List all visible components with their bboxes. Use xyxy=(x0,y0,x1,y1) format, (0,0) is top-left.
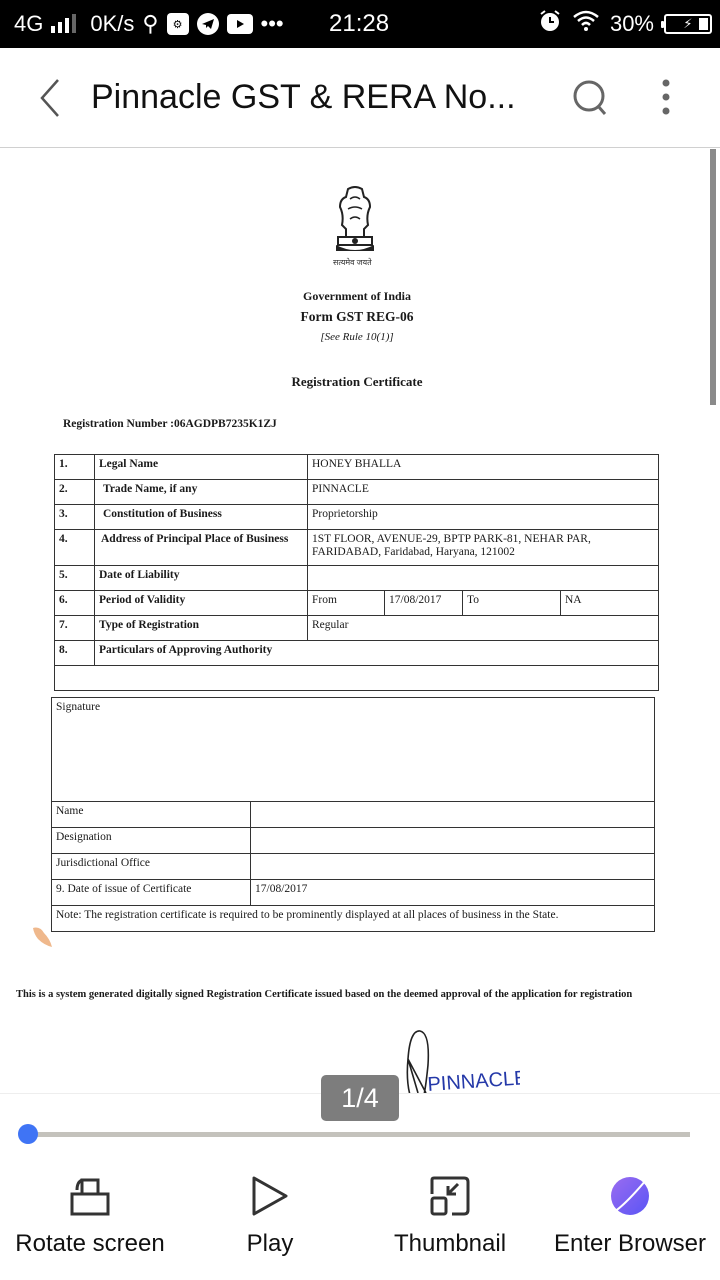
thumbnail-label: Thumbnail xyxy=(394,1230,506,1258)
row-number: 7. xyxy=(55,616,95,641)
validity-to-label: To xyxy=(463,591,561,616)
table-row: Jurisdictional Office xyxy=(52,854,655,880)
table-row: Designation xyxy=(52,828,655,854)
more-options-button[interactable] xyxy=(652,78,680,118)
designation-value xyxy=(251,828,655,854)
validity-from-label: From xyxy=(308,591,385,616)
row-number: 2. xyxy=(55,480,95,505)
signature-label: Signature xyxy=(52,698,655,802)
row-value xyxy=(308,566,659,591)
app-bar: Pinnacle GST & RERA No... xyxy=(0,48,720,148)
clock: 21:28 xyxy=(329,0,389,48)
more-notifications-icon: ••• xyxy=(261,11,284,37)
row-value: HONEY BHALLA xyxy=(308,455,659,480)
rotate-screen-label: Rotate screen xyxy=(15,1230,164,1258)
issue-date-value: 17/08/2017 xyxy=(251,880,655,906)
row-number: 1. xyxy=(55,455,95,480)
header-form-name: Form GST REG-06 xyxy=(0,309,714,325)
row-label: Address of Principal Place of Business xyxy=(95,530,308,566)
table-row: 4. Address of Principal Place of Busines… xyxy=(55,530,659,566)
table-row: 3. Constitution of Business Proprietorsh… xyxy=(55,505,659,530)
row-label: Particulars of Approving Authority xyxy=(95,641,659,666)
play-button[interactable]: Play xyxy=(180,1174,360,1274)
row-value: Regular xyxy=(308,616,659,641)
thumbnail-icon xyxy=(428,1174,472,1218)
emblem-motto: सत्यमेव जयते xyxy=(333,257,372,268)
approving-authority-blank xyxy=(55,666,659,691)
document-scrollbar[interactable] xyxy=(710,149,716,405)
thumbnail-button[interactable]: Thumbnail xyxy=(360,1174,540,1274)
usb-debug-icon: ⚙ xyxy=(167,13,189,35)
table-row: 1. Legal Name HONEY BHALLA xyxy=(55,455,659,480)
enter-browser-button[interactable]: Enter Browser xyxy=(540,1174,720,1274)
row-label: Type of Registration xyxy=(95,616,308,641)
page-indicator: 1/4 xyxy=(321,1075,399,1121)
table-row: Name xyxy=(52,802,655,828)
wifi-icon xyxy=(572,10,600,38)
stamp-mark-icon xyxy=(30,925,54,951)
row-label: Date of Liability xyxy=(95,566,308,591)
display-note: Note: The registration certificate is re… xyxy=(52,906,655,932)
validity-to-value: NA xyxy=(561,591,659,616)
signal-icon xyxy=(51,15,76,33)
browser-planet-icon xyxy=(608,1174,652,1218)
battery-level: 30% xyxy=(610,11,654,37)
more-vertical-icon xyxy=(652,78,680,118)
alarm-icon xyxy=(538,9,562,39)
table-row: 2. Trade Name, if any PINNACLE xyxy=(55,480,659,505)
table-row: 9. Date of issue of Certificate 17/08/20… xyxy=(52,880,655,906)
name-label: Name xyxy=(52,802,251,828)
system-generated-note: This is a system generated digitally sig… xyxy=(16,987,656,1003)
row-number: 8. xyxy=(55,641,95,666)
page-slider-thumb[interactable] xyxy=(18,1124,38,1144)
rotate-screen-button[interactable]: Rotate screen xyxy=(0,1174,180,1274)
back-button[interactable] xyxy=(30,76,70,120)
network-speed: 0K/s xyxy=(90,11,134,37)
issue-date-label: 9. Date of issue of Certificate xyxy=(52,880,251,906)
network-type: 4G xyxy=(14,11,43,37)
enter-browser-label: Enter Browser xyxy=(554,1230,706,1258)
svg-text:PINNACLE: PINNACLE xyxy=(427,1067,520,1093)
table-row: Note: The registration certificate is re… xyxy=(52,906,655,932)
table-row: 7. Type of Registration Regular xyxy=(55,616,659,641)
header-rule: [See Rule 10(1)] xyxy=(0,331,714,343)
status-bar: 4G 0K/s ⚲ ⚙ ••• 21:28 30% ⚡ xyxy=(0,0,720,48)
row-label: Period of Validity xyxy=(95,591,308,616)
document-viewer[interactable]: सत्यमेव जयते Government of India Form GS… xyxy=(0,149,720,1093)
rotate-screen-icon xyxy=(68,1174,112,1218)
table-row: 5. Date of Liability xyxy=(55,566,659,591)
row-label: Legal Name xyxy=(95,455,308,480)
header-government: Government of India xyxy=(0,289,714,304)
usb-icon: ⚲ xyxy=(142,11,158,37)
national-emblem-icon xyxy=(330,185,380,259)
row-number: 4. xyxy=(55,530,95,566)
play-label: Play xyxy=(247,1230,294,1258)
row-number: 6. xyxy=(55,591,95,616)
table-row xyxy=(55,666,659,691)
row-label: Trade Name, if any xyxy=(95,480,308,505)
row-value: Proprietorship xyxy=(308,505,659,530)
row-number: 5. xyxy=(55,566,95,591)
table-row: 8. Particulars of Approving Authority xyxy=(55,641,659,666)
row-value: 1ST FLOOR, AVENUE-29, BPTP PARK-81, NEHA… xyxy=(308,530,659,566)
certificate-details-table: 1. Legal Name HONEY BHALLA 2. Trade Name… xyxy=(54,454,659,691)
telegram-icon xyxy=(197,13,219,35)
authority-table: Signature Name Designation Jurisdictiona… xyxy=(51,697,655,932)
name-value xyxy=(251,802,655,828)
search-icon xyxy=(570,78,610,118)
certificate-title: Registration Certificate xyxy=(0,374,714,390)
row-number: 3. xyxy=(55,505,95,530)
row-label: Constitution of Business xyxy=(95,505,308,530)
youtube-icon xyxy=(227,14,253,34)
chevron-left-icon xyxy=(30,76,70,120)
signature-image: PINNACLE xyxy=(380,1025,520,1093)
row-value: PINNACLE xyxy=(308,480,659,505)
page-slider-track[interactable] xyxy=(28,1132,690,1137)
search-button[interactable] xyxy=(570,78,610,118)
table-row: 6. Period of Validity From 17/08/2017 To… xyxy=(55,591,659,616)
validity-from-value: 17/08/2017 xyxy=(385,591,463,616)
document-title: Pinnacle GST & RERA No... xyxy=(91,78,516,117)
registration-number: Registration Number :06AGDPB7235K1ZJ xyxy=(63,418,277,430)
office-value xyxy=(251,854,655,880)
battery-charging-icon: ⚡ xyxy=(664,14,712,34)
table-row: Signature xyxy=(52,698,655,802)
office-label: Jurisdictional Office xyxy=(52,854,251,880)
designation-label: Designation xyxy=(52,828,251,854)
play-icon xyxy=(248,1174,292,1218)
